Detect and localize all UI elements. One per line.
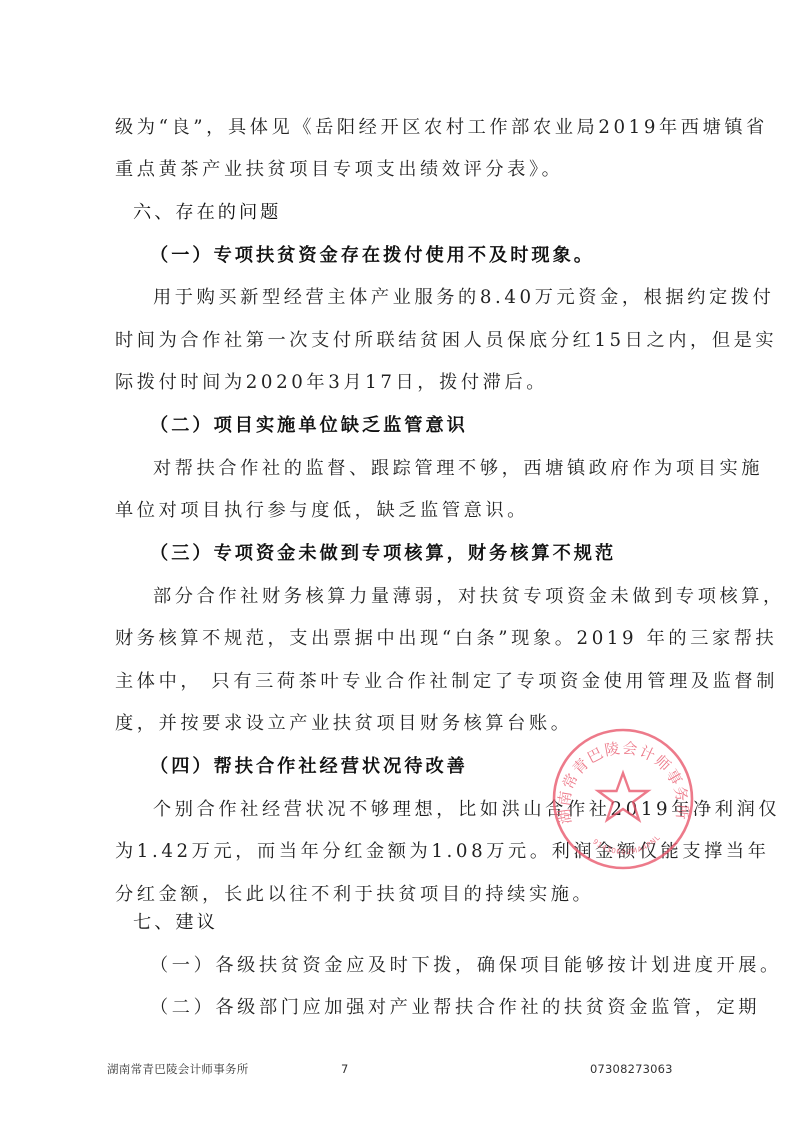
footer-page-number: 7 — [341, 1061, 348, 1077]
body-text-line: 主体中， 只有三荷茶叶专业合作社制定了专项资金使用管理及监督制 — [115, 667, 683, 697]
subheading-2: （二）项目实施单位缺乏监管意识 — [150, 411, 670, 441]
body-text-line: 单位对项目执行参与度低，缺乏监管意识。 — [115, 496, 683, 526]
body-text-line: 重点黄茶产业扶贫项目专项支出绩效评分表》。 — [115, 155, 683, 185]
body-text-line: 际拨付时间为2020年3月17日，拨付滞后。 — [115, 368, 683, 398]
footer-firm-name: 湖南常青巴陵会计师事务所 — [107, 1061, 249, 1077]
body-text-line: 分红金额，长此以往不利于扶贫项目的持续实施。 — [115, 880, 683, 910]
document-page: 级为“良”，具体见《岳阳经开区农村工作部农业局2019年西塘镇省 重点黄茶产业扶… — [0, 0, 793, 1121]
section-heading-problems: 六、存在的问题 — [133, 198, 633, 228]
suggestion-item-1: （一）各级扶贫资金应及时下拨，确保项目能够按计划进度开展。 — [150, 951, 683, 981]
body-text-line: 级为“良”，具体见《岳阳经开区农村工作部农业局2019年西塘镇省 — [115, 113, 683, 143]
subheading-3: （三）专项资金未做到专项核算，财务核算不规范 — [150, 539, 670, 569]
body-text-line: 财务核算不规范，支出票据中出现“白条”现象。2019 年的三家帮扶 — [115, 624, 683, 654]
body-text-line: 用于购买新型经营主体产业服务的8.40万元资金，根据约定拨付 — [153, 283, 683, 313]
subheading-4: （四）帮扶合作社经营状况待改善 — [150, 752, 670, 782]
body-text-line: 为1.42万元，而当年分红金额为1.08万元。利润金额仅能支撑当年 — [115, 837, 683, 867]
suggestion-item-2: （二）各级部门应加强对产业帮扶合作社的扶贫资金监管，定期 — [150, 993, 683, 1023]
body-text-line: 部分合作社财务核算力量薄弱，对扶贫专项资金未做到专项核算， — [153, 582, 683, 612]
body-text-line: 时间为合作社第一次支付所联结贫困人员保底分红15日之内，但是实 — [115, 326, 683, 356]
body-text-line: 个别合作社经营状况不够理想，比如洪山合作社2019年净利润仅 — [153, 795, 683, 825]
section-heading-suggestions: 七、建议 — [133, 908, 633, 938]
subheading-1: （一）专项扶贫资金存在拨付使用不及时现象。 — [150, 241, 670, 271]
footer-phone: 07308273063 — [590, 1061, 673, 1077]
body-text-line: 对帮扶合作社的监督、跟踪管理不够，西塘镇政府作为项目实施 — [153, 454, 683, 484]
body-text-line: 度，并按要求设立产业扶贫项目财务核算台账。 — [115, 709, 683, 739]
